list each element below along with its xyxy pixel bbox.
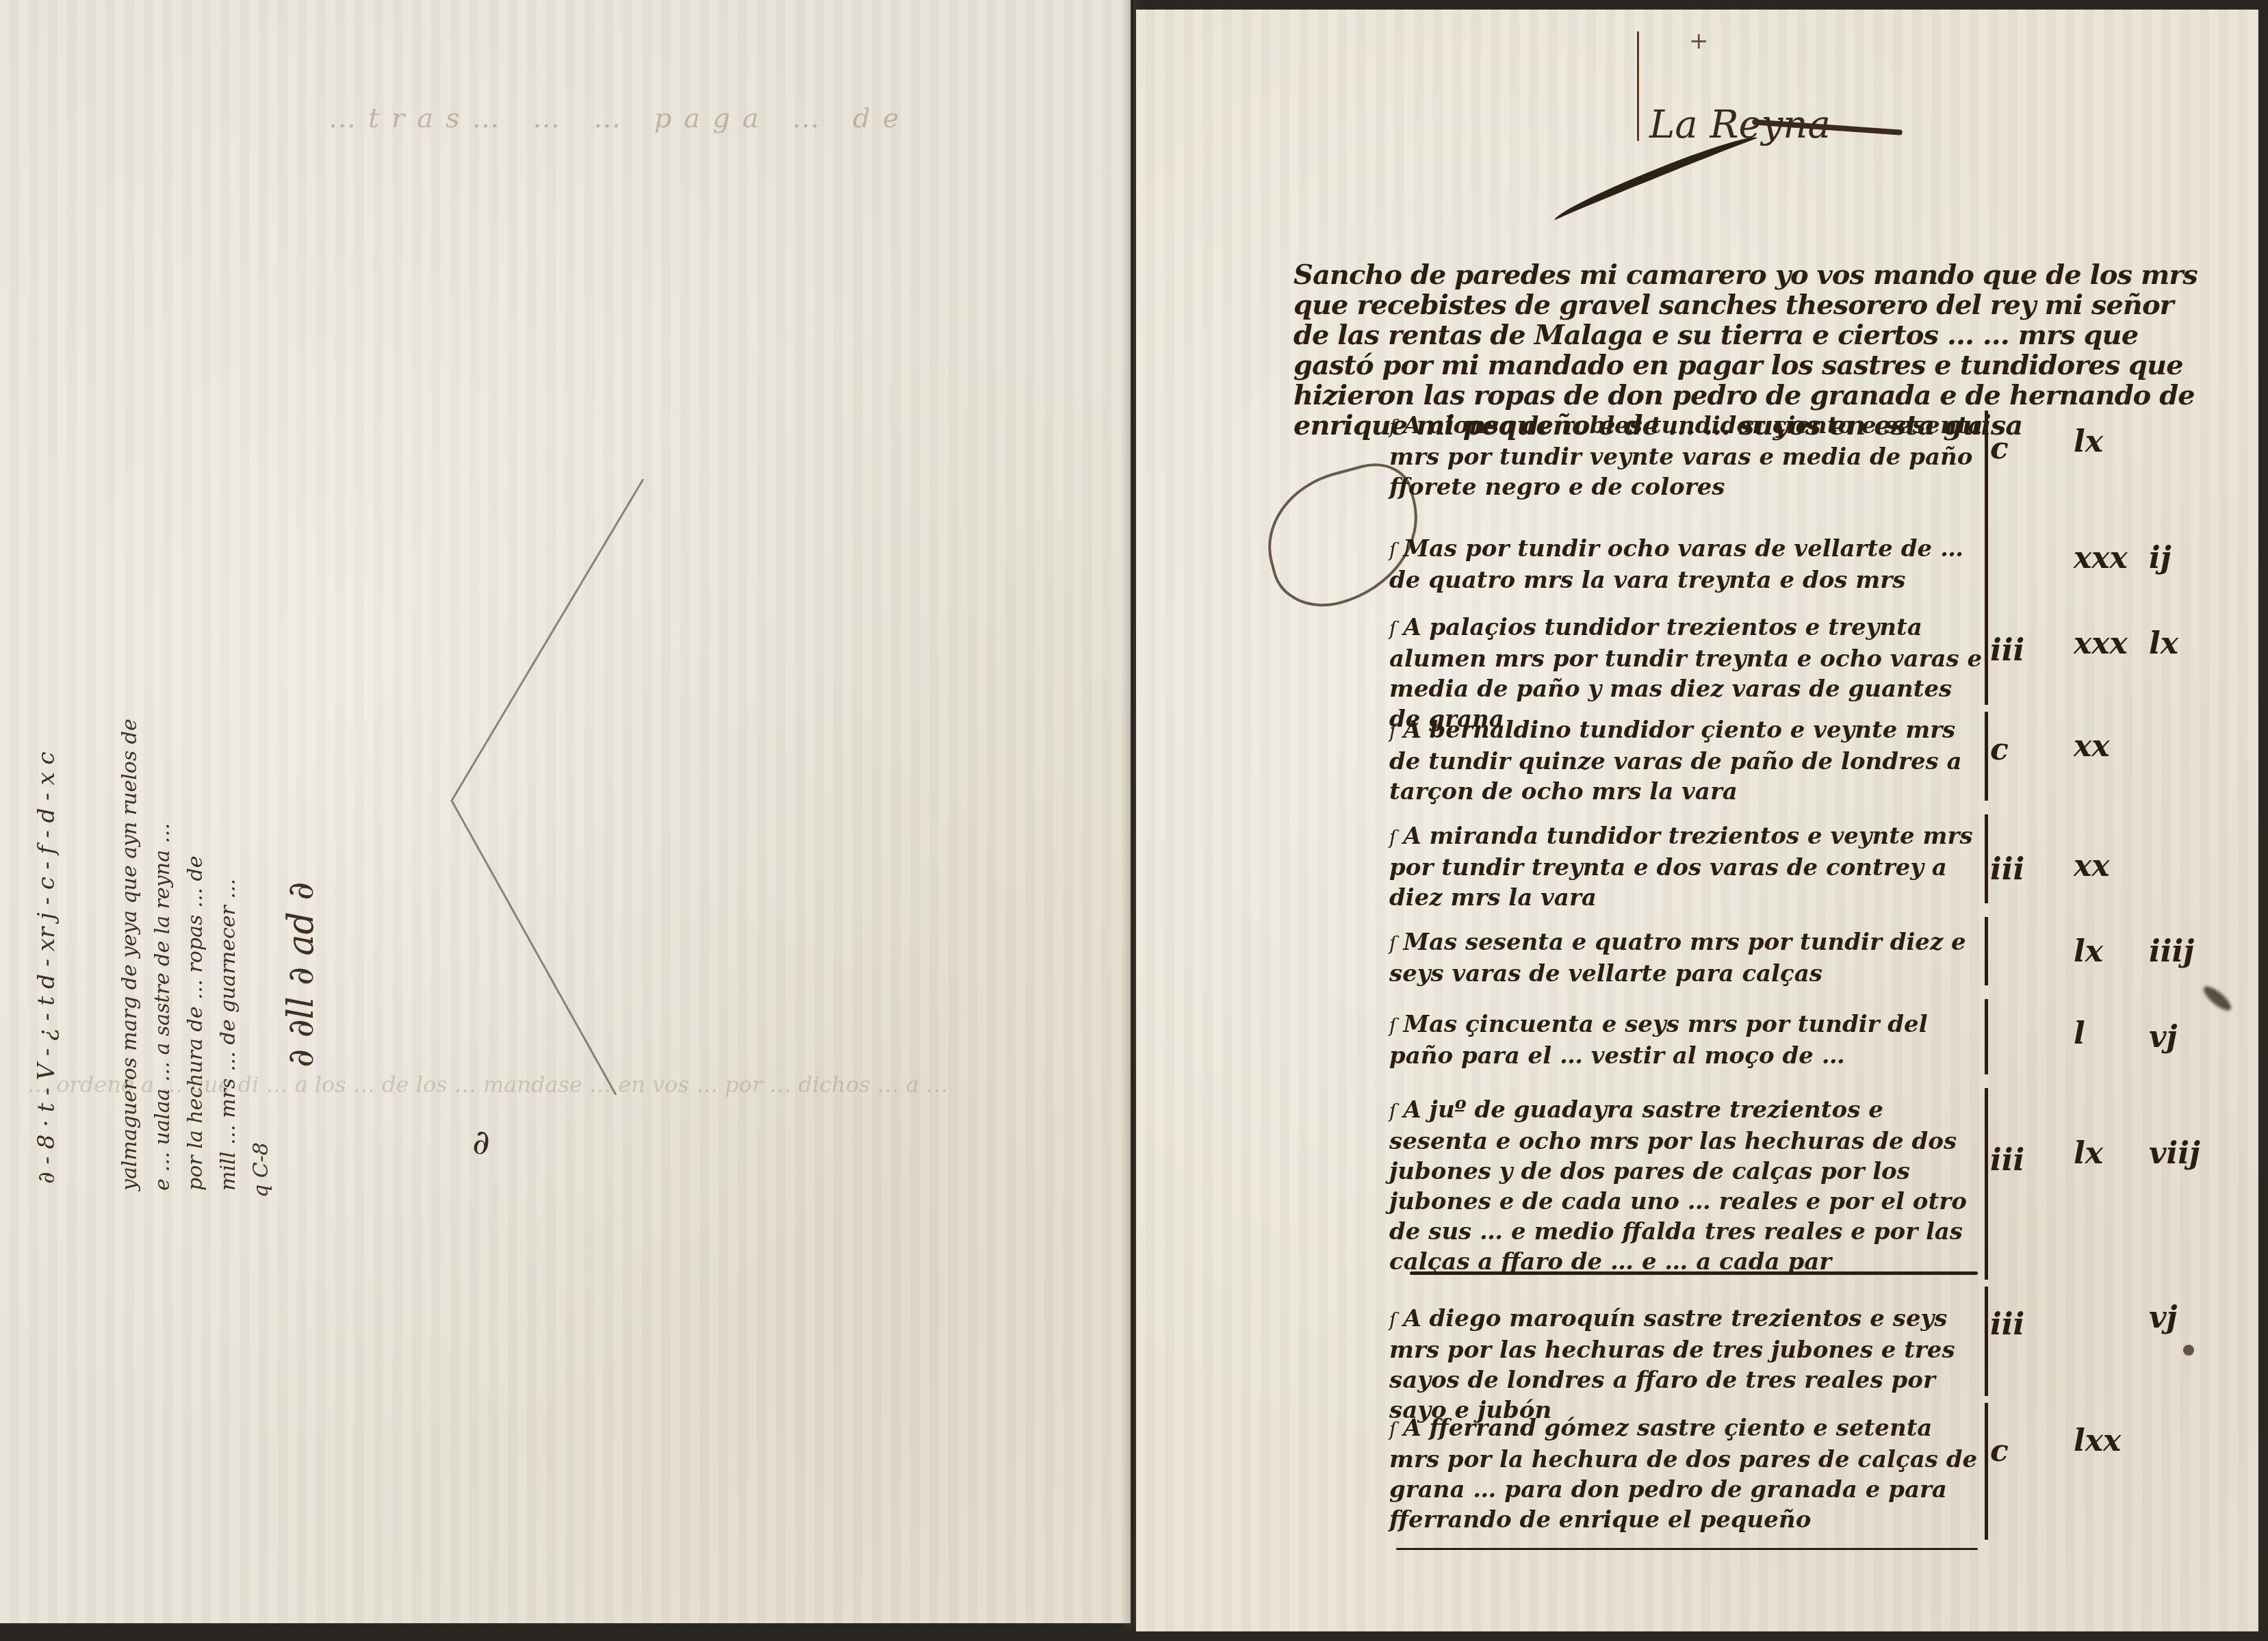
bleed-through-text-block: … ordené a … que di … a los … de los … m… [27,1068,1054,1102]
ink-dot-icon [2183,1345,2194,1356]
entry-1: ſA alonso de robles tundidor çiento e se… [1389,411,1985,502]
entry-text: A fferrand gómez sastre çiento e setenta… [1389,1414,1977,1534]
fold-crease-icon [445,479,650,1095]
heading-vertical-stroke [1637,31,1639,141]
entry-1-amount: lx [2074,424,2103,459]
vertical-note-3: e … ualaa … a sastre de la reyna … [151,823,175,1191]
entry-10: ſA fferrand gómez sastre çiento e setent… [1389,1413,1985,1535]
pilcrow-icon: ſ [1389,539,1396,561]
entry-text: A bernaldino tundidor çiento e veynte mr… [1389,716,1962,805]
entry-7-sub-amount: vj [2149,1020,2178,1055]
entry-bracket [1978,1088,1988,1280]
entry-3-marker: iii [1990,633,2024,668]
pilcrow-icon: ſ [1389,617,1396,640]
entry-2-sub-amount: ij [2149,541,2172,576]
entry-bracket [1978,712,1988,801]
entry-text: Mas çincuenta e seys mrs por tundir del … [1389,1011,1928,1070]
entry-7: ſMas çincuenta e seys mrs por tundir del… [1389,1009,1985,1071]
entry-text: A miranda tundidor trezientos e veynte m… [1389,823,1973,912]
entry-text: Mas por tundir ocho varas de vellarte de… [1389,535,1963,594]
entry-3-amount: xxx [2074,626,2128,661]
entry-rule [1396,1548,1978,1550]
entry-bracket [1978,1287,1988,1396]
entry-6: ſMas sesenta e quatro mrs por tundir die… [1389,927,1985,989]
entry-4-amount: xx [2074,729,2109,764]
entry-text: A juº de guadayra sastre trezientos e se… [1389,1096,1967,1276]
entry-4-marker: c [1990,732,2009,767]
entry-9: ſA diego maroquín sastre trezientos e se… [1389,1304,1985,1425]
entry-2-amount: xxx [2074,541,2128,576]
entry-bracket [1978,917,1988,985]
entry-bracket [1978,999,1988,1074]
pilcrow-icon: ſ [1389,415,1396,438]
entry-5-amount: xx [2074,849,2109,883]
entry-9-marker: iii [1990,1307,2024,1342]
entry-text: A alonso de robles tundidor çiento e ses… [1389,412,1983,501]
entry-bracket [1978,814,1988,903]
entry-8-sub-amount: viij [2149,1136,2200,1171]
entry-5: ſA miranda tundidor trezientos e veynte … [1389,821,1985,913]
entry-2: ſMas por tundir ocho varas de vellarte d… [1389,534,1985,595]
entry-bracket [1978,602,1988,705]
entry-text: A diego maroquín sastre trezientos e sey… [1389,1305,1955,1424]
entry-8-amount: lx [2074,1136,2103,1171]
pilcrow-icon: ſ [1389,1100,1396,1122]
vertical-short-note: ∂ ∂ll ∂ ad ∂ [281,882,322,1068]
vertical-note-6: q C-8 [249,1142,273,1198]
entry-7-amount: l [2074,1016,2085,1051]
entry-6-sub-amount: iiij [2149,934,2194,969]
manuscript-spread: …tras… … … paga … de … ordené a … que di… [0,0,2268,1641]
entry-8: ſA juº de guadayra sastre trezientos e s… [1389,1095,1985,1277]
vertical-note-5: mill … mrs … de guarnecer … [216,879,240,1191]
entry-bracket [1978,411,1988,513]
entry-bracket [1978,1403,1988,1540]
entry-text: Mas sesenta e quatro mrs por tundir diez… [1389,929,1966,987]
entry-4: ſA bernaldino tundidor çiento e veynte m… [1389,715,1985,807]
entry-1-marker: c [1990,431,2009,466]
vertical-note-2: yalmagueros marg de yeya que ayn ruelos … [118,719,142,1191]
pilcrow-icon: ſ [1389,1014,1396,1037]
pilcrow-icon: ſ [1389,1418,1396,1440]
lone-glyph: ∂ [472,1122,490,1162]
entry-rule [1410,1271,1978,1275]
entry-bracket [1978,513,1988,602]
entry-5-marker: iii [1990,852,2024,887]
vertical-note-1: ∂ ‑ 8 · t ‑ V ‑ ¿ ‑ t d ‑ xr j ‑ c ‑ f ‑… [33,752,60,1184]
bleed-through-text-top: …tras… … … paga … de [328,103,911,134]
pilcrow-icon: ſ [1389,720,1396,742]
pilcrow-icon: ſ [1389,826,1396,849]
cross-mark: + [1689,27,1709,55]
pilcrow-icon: ſ [1389,932,1396,955]
entry-8-marker: iii [1990,1143,2024,1178]
entry-10-marker: c [1990,1434,2009,1469]
vertical-note-4: por la hechura de … ropas … de [183,856,207,1191]
entry-10-amount: lxx [2074,1423,2121,1458]
entry-6-amount: lx [2074,934,2103,969]
pilcrow-icon: ſ [1389,1308,1396,1331]
entry-9-sub-amount: vj [2149,1300,2178,1335]
left-page: …tras… … … paga … de … ordené a … que di… [0,0,1131,1623]
entry-3-sub-amount: lx [2149,626,2178,661]
